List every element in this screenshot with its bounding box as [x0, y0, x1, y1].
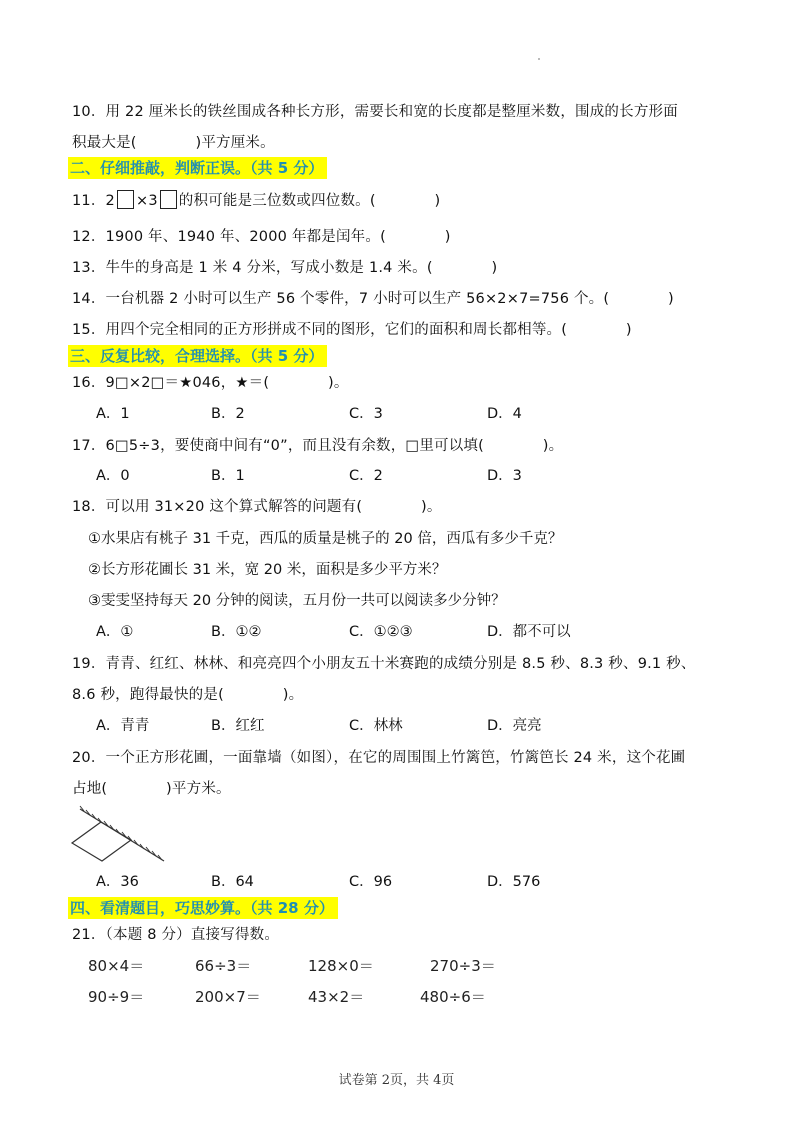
calc-item: 80×4＝ [88, 956, 144, 976]
option-b[interactable]: B．2 [211, 404, 245, 424]
question-20-line-2: 占地( )平方米。 [72, 779, 231, 799]
option-d[interactable]: D．都不可以 [487, 622, 571, 642]
blank-box [160, 190, 177, 209]
option-d[interactable]: D．4 [487, 404, 522, 424]
question-18: 18．可以用 31×20 这个算式解答的问题有( )。 [72, 497, 442, 517]
option-c[interactable]: C．2 [349, 466, 383, 486]
calc-item: 66÷3＝ [195, 956, 251, 976]
option-a[interactable]: A．36 [96, 872, 139, 892]
question-19-line-2: 8.6 秒，跑得最快的是( )。 [72, 685, 303, 705]
option-a[interactable]: A．① [96, 622, 133, 642]
question-16: 16．9□×2□＝★046，★＝( )。 [72, 373, 349, 393]
wall-diagram-icon [70, 805, 170, 865]
option-b[interactable]: B．①② [211, 622, 261, 642]
question-11-rest: 的积可能是三位数或四位数。( ) [179, 193, 441, 209]
question-18-item-3: ③雯雯坚持每天 20 分钟的阅读，五月份一共可以阅读多少分钟？ [88, 591, 506, 611]
blank-box [117, 190, 134, 209]
calc-item: 90÷9＝ [88, 987, 144, 1007]
question-10-line-2: 积最大是( )平方厘米。 [72, 133, 275, 153]
option-a[interactable]: A．1 [96, 404, 130, 424]
question-19-line-1: 19．青青、红红、林林、和亮亮四个小朋友五十米赛跑的成绩分别是 8.5 秒、8.… [72, 654, 696, 674]
page-footer: 试卷第 2页，共 4页 [0, 1069, 793, 1088]
option-c[interactable]: C．林林 [349, 716, 403, 736]
question-20-line-1: 20．一个正方形花圃，一面靠墙（如图），在它的周围围上竹篱笆，竹篱笆长 24 米… [72, 748, 685, 768]
question-11: 11．2×3的积可能是三位数或四位数。( ) [72, 190, 440, 211]
calc-item: 480÷6＝ [420, 987, 486, 1007]
option-d[interactable]: D．576 [487, 872, 540, 892]
option-c[interactable]: C．①②③ [349, 622, 413, 642]
option-a[interactable]: A．青青 [96, 716, 149, 736]
option-b[interactable]: B．1 [211, 466, 245, 486]
square-garden-wall-figure [70, 805, 170, 869]
option-a[interactable]: A．0 [96, 466, 130, 486]
question-11-mid: ×3 [136, 193, 158, 209]
question-21: 21．（本题 8 分）直接写得数。 [72, 925, 279, 945]
section-3-header: 三、反复比较，合理选择。（共 5 分） [68, 345, 327, 367]
question-10-line-1: 10．用 22 厘米长的铁丝围成各种长方形，需要长和宽的长度都是整厘米数，围成的… [72, 102, 678, 122]
question-17: 17．6□5÷3，要使商中间有“0”，而且没有余数，□里可以填( )。 [72, 436, 563, 456]
calc-item: 43×2＝ [308, 987, 364, 1007]
section-4-header: 四、看清题目，巧思妙算。（共 28 分） [68, 897, 338, 919]
option-c[interactable]: C．96 [349, 872, 392, 892]
calc-item: 200×7＝ [195, 987, 261, 1007]
question-14: 14．一台机器 2 小时可以生产 56 个零件，7 小时可以生产 56×2×7=… [72, 289, 674, 309]
option-b[interactable]: B．64 [211, 872, 254, 892]
question-12: 12．1900 年、1940 年、2000 年都是闰年。( ) [72, 227, 451, 247]
option-d[interactable]: D．3 [487, 466, 522, 486]
option-b[interactable]: B．红红 [211, 716, 264, 736]
calc-item: 128×0＝ [308, 956, 374, 976]
section-2-header: 二、仔细推敲，判断正误。（共 5 分） [68, 157, 327, 179]
question-13: 13．牛牛的身高是 1 米 4 分米，写成小数是 1.4 米。( ) [72, 258, 497, 278]
question-11-prefix: 11．2 [72, 193, 115, 209]
question-18-item-1: ①水果店有桃子 31 千克，西瓜的质量是桃子的 20 倍，西瓜有多少千克？ [88, 529, 562, 549]
question-18-item-2: ②长方形花圃长 31 米，宽 20 米，面积是多少平方米？ [88, 560, 446, 580]
question-15: 15．用四个完全相同的正方形拼成不同的图形，它们的面积和周长都相等。( ) [72, 320, 632, 340]
option-c[interactable]: C．3 [349, 404, 383, 424]
scan-dot [538, 58, 540, 60]
calc-item: 270÷3＝ [430, 956, 496, 976]
option-d[interactable]: D．亮亮 [487, 716, 542, 736]
